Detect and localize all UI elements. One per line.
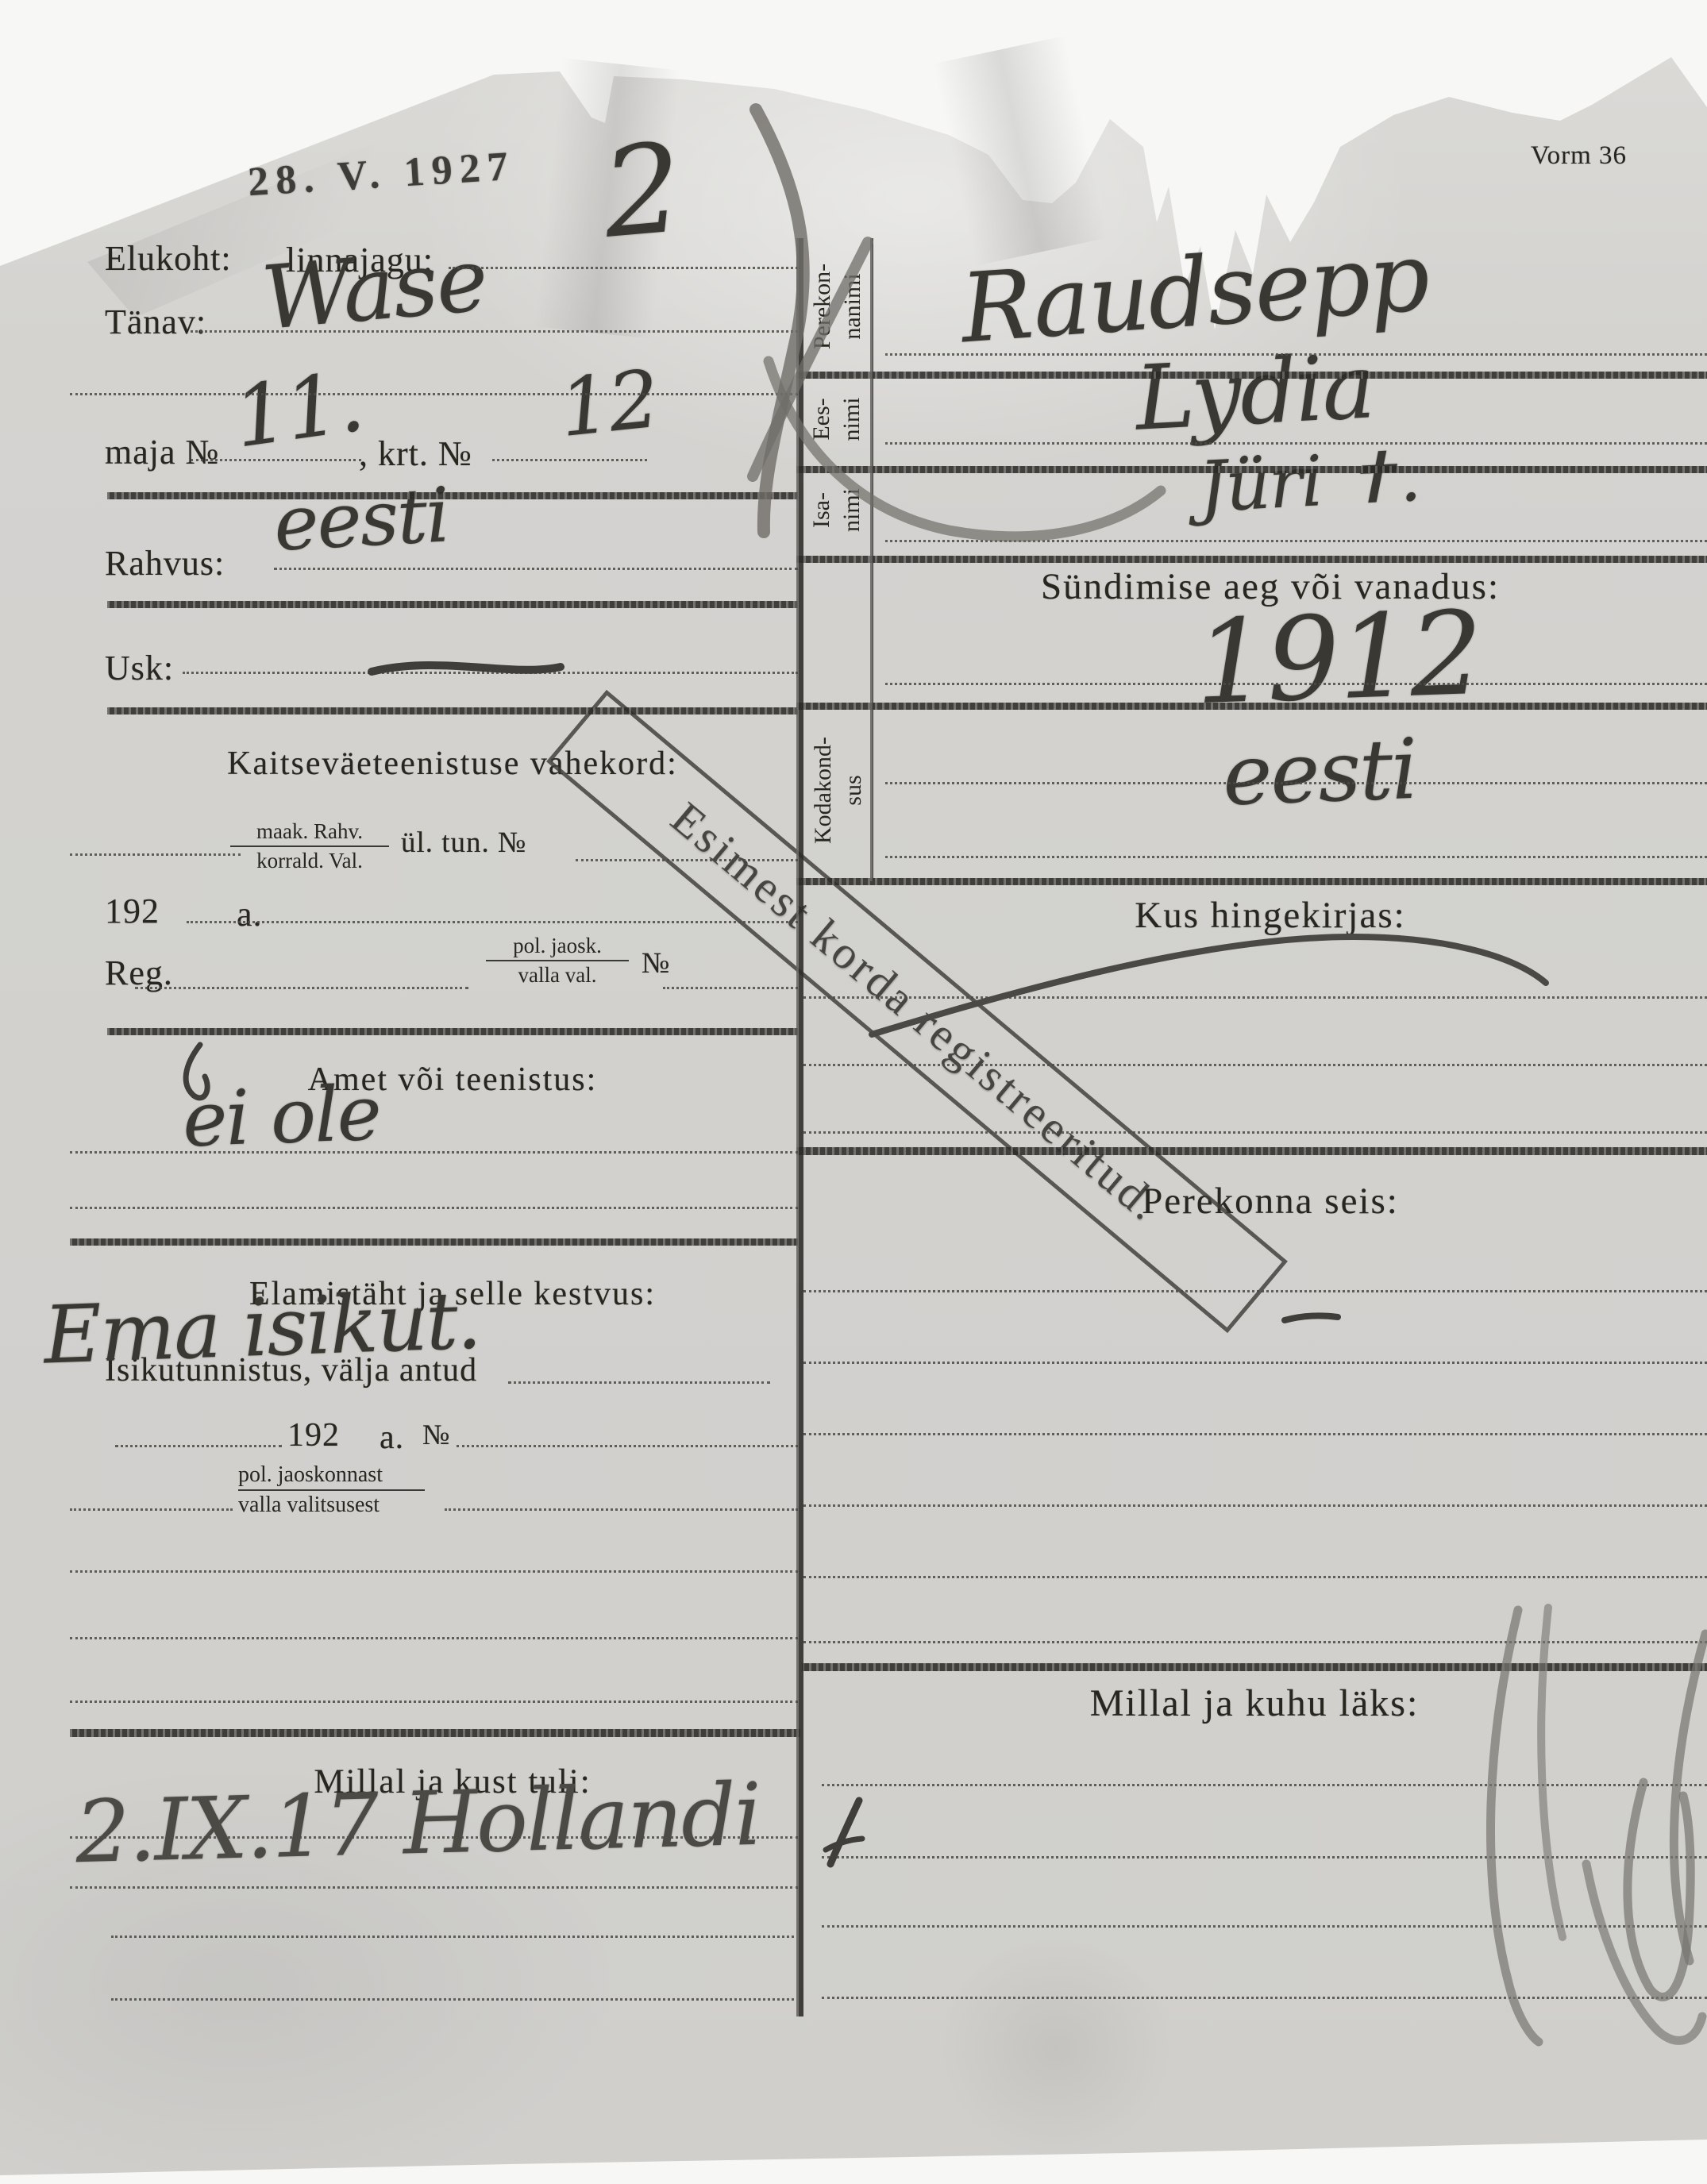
dotted-entry-line	[885, 442, 1707, 445]
section-rule-line	[107, 707, 798, 715]
dotted-entry-line	[111, 1936, 794, 1938]
eesnimi-label: Ees- nimi	[805, 376, 869, 462]
korrald-val-label: korrald. Val.	[230, 849, 389, 873]
section-rule-line	[70, 1238, 798, 1246]
valla-val-label: valla val.	[486, 963, 629, 988]
perekonnanimi-label-line2: nanimi	[838, 273, 868, 339]
dotted-entry-line	[70, 1151, 798, 1154]
ul-tun-label: ül. tun. №	[401, 826, 526, 860]
section-rule-line	[796, 878, 1707, 885]
dotted-entry-line	[822, 1784, 1707, 1786]
dotted-entry-line	[70, 1886, 798, 1889]
dotted-entry-line	[191, 330, 798, 333]
year2-192-label: 192	[287, 1416, 340, 1454]
section-rule-line	[796, 1147, 1707, 1155]
isanimi-label: Isa- nimi	[805, 468, 869, 552]
dotted-entry-line	[803, 1433, 1707, 1435]
perekonnanimi-label-line1: Perekon-	[807, 264, 838, 349]
eesnimi-label-line1: Ees-	[807, 398, 837, 440]
section-rule-line	[70, 1729, 800, 1737]
fraction-bar	[238, 1489, 425, 1491]
millal-laks-header: Millal ja kuhu läks:	[842, 1681, 1667, 1725]
amet-value: ei ole	[181, 1070, 381, 1165]
dotted-entry-line	[492, 459, 647, 461]
usk-label: Usk:	[105, 648, 174, 688]
dotted-entry-line	[449, 267, 798, 269]
a-label: a.	[237, 894, 263, 934]
dotted-entry-line	[663, 987, 798, 989]
dotted-entry-line	[70, 1508, 233, 1511]
dotted-entry-line	[803, 1641, 1707, 1643]
dotted-entry-line	[576, 859, 798, 861]
dotted-entry-line	[803, 1290, 1707, 1292]
pol-jaoskonnast-fraction: pol. jaoskonnast valla valitsusest	[238, 1462, 437, 1518]
pol-jaosk-label: pol. jaosk.	[486, 934, 629, 958]
maja-value: 11.	[228, 352, 368, 466]
dotted-entry-line	[70, 1570, 798, 1573]
kodakondsus-label: Kodakond- sus	[803, 709, 873, 872]
perekonnanimi-label: Perekon- nanimi	[803, 246, 872, 367]
section-rule-line	[107, 601, 798, 608]
isanimi-label-line2: nimi	[837, 488, 867, 532]
dotted-entry-line	[885, 856, 1707, 858]
maak-rahv-fraction: maak. Rahv. korrald. Val.	[230, 819, 389, 873]
dotted-entry-line	[885, 353, 1707, 356]
dotted-entry-line	[822, 1997, 1707, 1999]
section-rule-line	[796, 556, 1707, 563]
dotted-entry-line	[115, 1445, 282, 1447]
dotted-entry-line	[803, 1504, 1707, 1507]
dotted-entry-line	[70, 1836, 798, 1839]
maak-rahv-label: maak. Rahv.	[230, 819, 389, 844]
section-rule-line	[796, 372, 1707, 379]
dotted-entry-line	[885, 683, 1707, 685]
pol-jaosk-fraction: pol. jaosk. valla val.	[486, 934, 629, 988]
dotted-entry-line	[803, 1131, 1707, 1134]
dotted-entry-line	[445, 1508, 798, 1511]
isanimi-label-line1: Isa-	[807, 492, 837, 528]
linnajagu-value: 2	[597, 116, 686, 266]
section-rule-line	[107, 492, 798, 499]
dotted-entry-line	[187, 921, 798, 923]
dotted-entry-line	[885, 782, 1707, 784]
fraction-bar	[486, 960, 629, 961]
year-192-label: 192	[105, 891, 160, 931]
dotted-entry-line	[191, 459, 361, 461]
fraction-bar	[230, 845, 389, 847]
section-rule-line	[107, 1028, 798, 1035]
rahvus-label: Rahvus:	[105, 543, 225, 584]
a2-label: a.	[380, 1419, 404, 1457]
dotted-entry-line	[508, 1381, 770, 1384]
dotted-entry-line	[457, 1445, 798, 1447]
kodakondsus-value: eesti	[1221, 721, 1418, 824]
kodakondsus-label-line1: Kodakond-	[808, 737, 838, 844]
column-divider-line	[796, 238, 803, 2016]
dotted-entry-line	[135, 987, 468, 989]
section-rule-line	[802, 1663, 1707, 1671]
section-rule-line	[796, 703, 1707, 710]
dotted-entry-line	[885, 540, 1707, 542]
rahvus-value: eesti	[272, 472, 450, 568]
elamistaht-value: Ema isikut.	[42, 1273, 481, 1381]
scanned-document: { "meta": { "form_code": "Vorm 36", "dat…	[0, 0, 1707, 2184]
section-rule-line	[796, 466, 1707, 473]
dotted-entry-line	[70, 853, 241, 856]
krt-label: , krt. №	[359, 433, 472, 474]
column-divider-line	[870, 238, 873, 881]
kus-hingekirjas-header: Kus hingekirjas:	[889, 894, 1651, 937]
kodakondsus-label-line2: sus	[838, 775, 869, 805]
valla-valitsusest-label: valla valitsusest	[238, 1493, 437, 1518]
dotted-entry-line	[822, 1856, 1707, 1859]
nr-label: №	[642, 946, 670, 980]
millal-tuli-value: 2.IX.17 Hollandi	[75, 1766, 762, 1883]
maja-label: maja №	[105, 432, 220, 472]
tanav-label: Tänav:	[105, 302, 206, 342]
dotted-entry-line	[70, 1207, 798, 1209]
krt-value: 12	[555, 352, 662, 455]
dotted-entry-line	[803, 996, 1707, 999]
nr2-label: №	[422, 1418, 450, 1451]
dotted-entry-line	[183, 672, 798, 674]
dotted-entry-line	[70, 1637, 798, 1639]
perekonna-seis-header: Perekonna seis:	[889, 1180, 1651, 1223]
dotted-entry-line	[70, 1701, 798, 1703]
isanimi-value: Jüri ✝.	[1196, 435, 1421, 528]
form-code: Vorm 36	[1531, 141, 1627, 171]
dotted-entry-line	[822, 1925, 1707, 1928]
dotted-entry-line	[803, 1576, 1707, 1578]
elukoht-label: Elukoht:	[105, 238, 232, 279]
eesnimi-label-line2: nimi	[837, 398, 867, 441]
dotted-entry-line	[70, 393, 798, 395]
dotted-entry-line	[274, 568, 798, 570]
dotted-entry-line	[803, 1064, 1707, 1066]
dotted-entry-line	[111, 1998, 794, 2001]
dotted-entry-line	[803, 1362, 1707, 1364]
pol-jaoskonnast-label: pol. jaoskonnast	[238, 1462, 437, 1488]
